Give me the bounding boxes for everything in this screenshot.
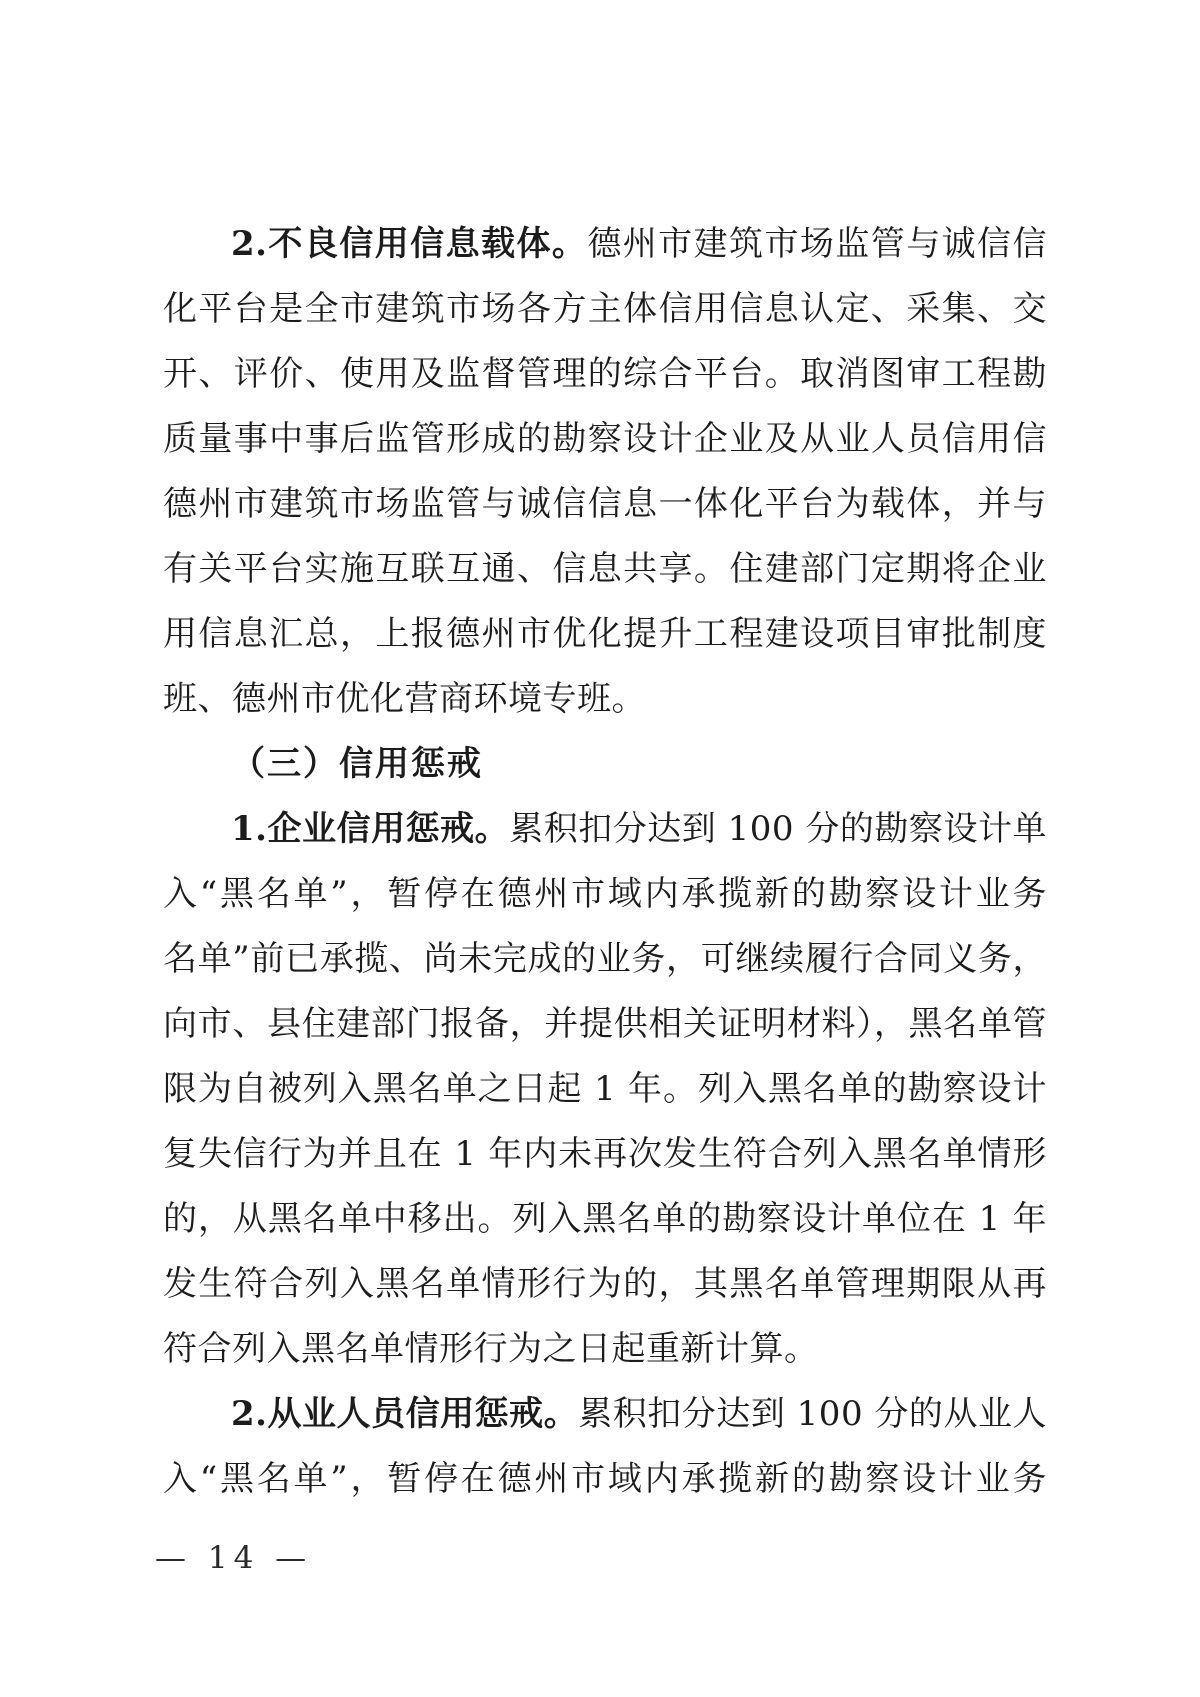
- paragraph-lead: 2.不良信用信息载体。: [231, 224, 587, 264]
- document-page: 2.不良信用信息载体。德州市建筑市场监管与诚信信息一化平台是全市建筑市场各方主体…: [0, 0, 1200, 1697]
- paragraph-line: 2.不良信用信息载体。德州市建筑市场监管与诚信信息一: [163, 212, 1047, 277]
- paragraph-line: 班、德州市优化营商环境专班。: [163, 667, 1047, 732]
- paragraph-line: 德州市建筑市场监管与诚信信息一体化平台为载体，并与省、市: [163, 472, 1047, 537]
- paragraph-line: 名单”前已承揽、尚未完成的业务，可继续履行合同义务，但须: [163, 927, 1047, 992]
- paragraph-lead: 2.从业人员信用惩戒。: [231, 1394, 578, 1434]
- paragraph-line: 2.从业人员信用惩戒。累积扣分达到 100 分的从业人员，列: [163, 1382, 1047, 1447]
- paragraph-line: 向市、县住建部门报备，并提供相关证明材料），黑名单管理期: [163, 992, 1047, 1057]
- paragraph-line: 发生符合列入黑名单情形行为的，其黑名单管理期限从再次发生: [163, 1252, 1047, 1317]
- paragraph-line: 复失信行为并且在 1 年内未再次发生符合列入黑名单情形行为: [163, 1122, 1047, 1187]
- document-content: 2.不良信用信息载体。德州市建筑市场监管与诚信信息一化平台是全市建筑市场各方主体…: [163, 212, 1047, 1512]
- paragraph-line: 质量事中事后监管形成的勘察设计企业及从业人员信用信息，以: [163, 407, 1047, 472]
- paragraph-line: 化平台是全市建筑市场各方主体信用信息认定、采集、交换、公: [163, 277, 1047, 342]
- paragraph-line: 入“黑名单”，暂停在德州市域内承揽新的勘察设计业务（列入“黑: [163, 862, 1047, 927]
- paragraph-line: 限为自被列入黑名单之日起 1 年。列入黑名单的勘察设计单位修: [163, 1057, 1047, 1122]
- paragraph-line: 有关平台实施互联互通、信息共享。住建部门定期将企业不良信: [163, 537, 1047, 602]
- paragraph-line: 的，从黑名单中移出。列入黑名单的勘察设计单位在 1 年内再次: [163, 1187, 1047, 1252]
- paragraph-line: 开、评价、使用及监督管理的综合平台。取消图审工程勘察设计: [163, 342, 1047, 407]
- paragraph-line: 用信息汇总，上报德州市优化提升工程建设项目审批制度改革专: [163, 602, 1047, 667]
- paragraph-lead: 1.企业信用惩戒。: [231, 809, 509, 849]
- section-heading: （三）信用惩戒: [163, 732, 1047, 797]
- paragraph-line: 1.企业信用惩戒。累积扣分达到 100 分的勘察设计单位，列: [163, 797, 1047, 862]
- paragraph-line: 符合列入黑名单情形行为之日起重新计算。: [163, 1317, 1047, 1382]
- page-number: — 14 —: [155, 1540, 312, 1576]
- paragraph-line: 入“黑名单”，暂停在德州市域内承揽新的勘察设计业务（列入“黑: [163, 1447, 1047, 1512]
